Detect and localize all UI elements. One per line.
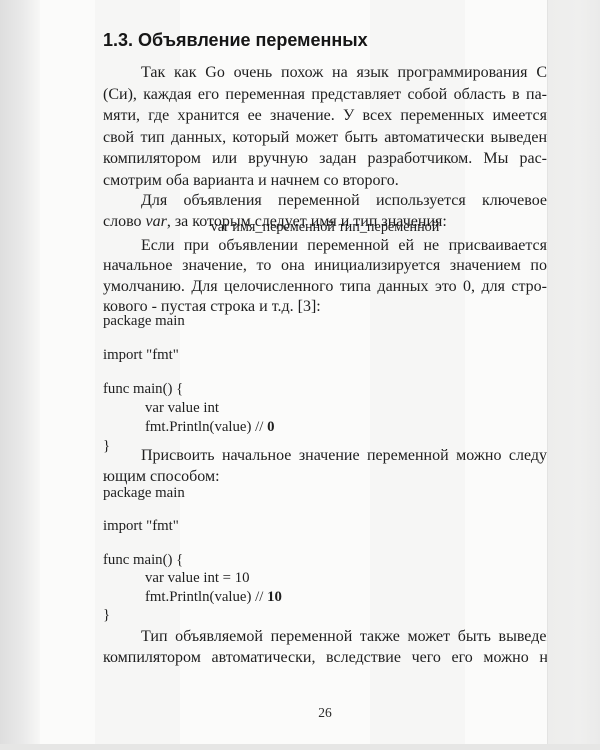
code-comment-value: 0	[267, 419, 274, 435]
code-snippet-2: package main import "fmt" func main() { …	[103, 484, 547, 625]
section-heading: 1.3. Объявление переменных	[103, 30, 547, 51]
paragraph-4: Присвоить начальное значение переменной …	[103, 446, 547, 487]
code-line: var value int	[103, 399, 547, 418]
code-blank-line	[103, 503, 547, 518]
code-line: import "fmt"	[103, 346, 547, 365]
code-blank-line	[103, 365, 547, 380]
text-column: 1.3. Объявление переменных Так как Go оч…	[103, 0, 547, 750]
paragraph-line: умолчанию. Для целочисленного типа данны…	[103, 277, 547, 297]
code-line: package main	[103, 312, 547, 331]
paragraph-line: Присвоить начальное значение переменной …	[103, 446, 547, 467]
code-blank-line	[103, 331, 547, 346]
code-line: import "fmt"	[103, 517, 547, 536]
paragraph-line: смотрим оба варианта и начнем со второго…	[103, 170, 547, 192]
paragraph-line: свой тип данных, который может быть авто…	[103, 127, 547, 149]
paragraph-line: начальное значение, то она инициализируе…	[103, 256, 547, 276]
paragraph-1: Так как Go очень похож на язык программи…	[103, 62, 547, 191]
code-text: fmt.Println(value) //	[145, 419, 267, 435]
code-text: fmt.Println(value) //	[145, 589, 267, 605]
code-line: }	[103, 606, 547, 625]
paragraph-5: Тип объявляемой переменной также может б…	[103, 626, 555, 668]
code-line: func main() {	[103, 551, 547, 570]
paragraph-line: Тип объявляемой переменной также может б…	[103, 626, 555, 647]
code-line: fmt.Println(value) // 10	[103, 588, 547, 607]
paragraph-line: Для объявления переменной используется к…	[103, 191, 547, 212]
page-left-margin-shading	[0, 0, 40, 750]
code-line: func main() {	[103, 380, 547, 399]
code-comment-value: 10	[267, 589, 282, 605]
code-blank-line	[103, 536, 547, 551]
paragraph-3: Если при объявлении переменной ей не при…	[103, 236, 547, 317]
paragraph-line: компилятором или вручную задан разработч…	[103, 148, 547, 170]
paragraph-line: мяти, где хранится ее значение. У всех п…	[103, 105, 547, 127]
paragraph-line: компилятором автоматически, вследствие ч…	[103, 647, 555, 668]
paragraph-line: Если при объявлении переменной ей не при…	[103, 236, 547, 256]
code-snippet-1: package main import "fmt" func main() { …	[103, 312, 547, 456]
syntax-example-line: var имя_переменной тип_переменной	[103, 219, 547, 236]
page-number: 26	[103, 705, 547, 721]
page-right-edge-shading	[547, 0, 600, 750]
code-line: fmt.Println(value) // 0	[103, 418, 547, 437]
page-bottom-edge-shading	[0, 744, 600, 750]
code-line: package main	[103, 484, 547, 503]
code-line: var value int = 10	[103, 569, 547, 588]
paragraph-line: Так как Go очень похож на язык программи…	[103, 62, 547, 84]
paragraph-line: (Си), каждая его переменная представляет…	[103, 84, 547, 106]
book-page-scan: 1.3. Объявление переменных Так как Go оч…	[0, 0, 600, 750]
